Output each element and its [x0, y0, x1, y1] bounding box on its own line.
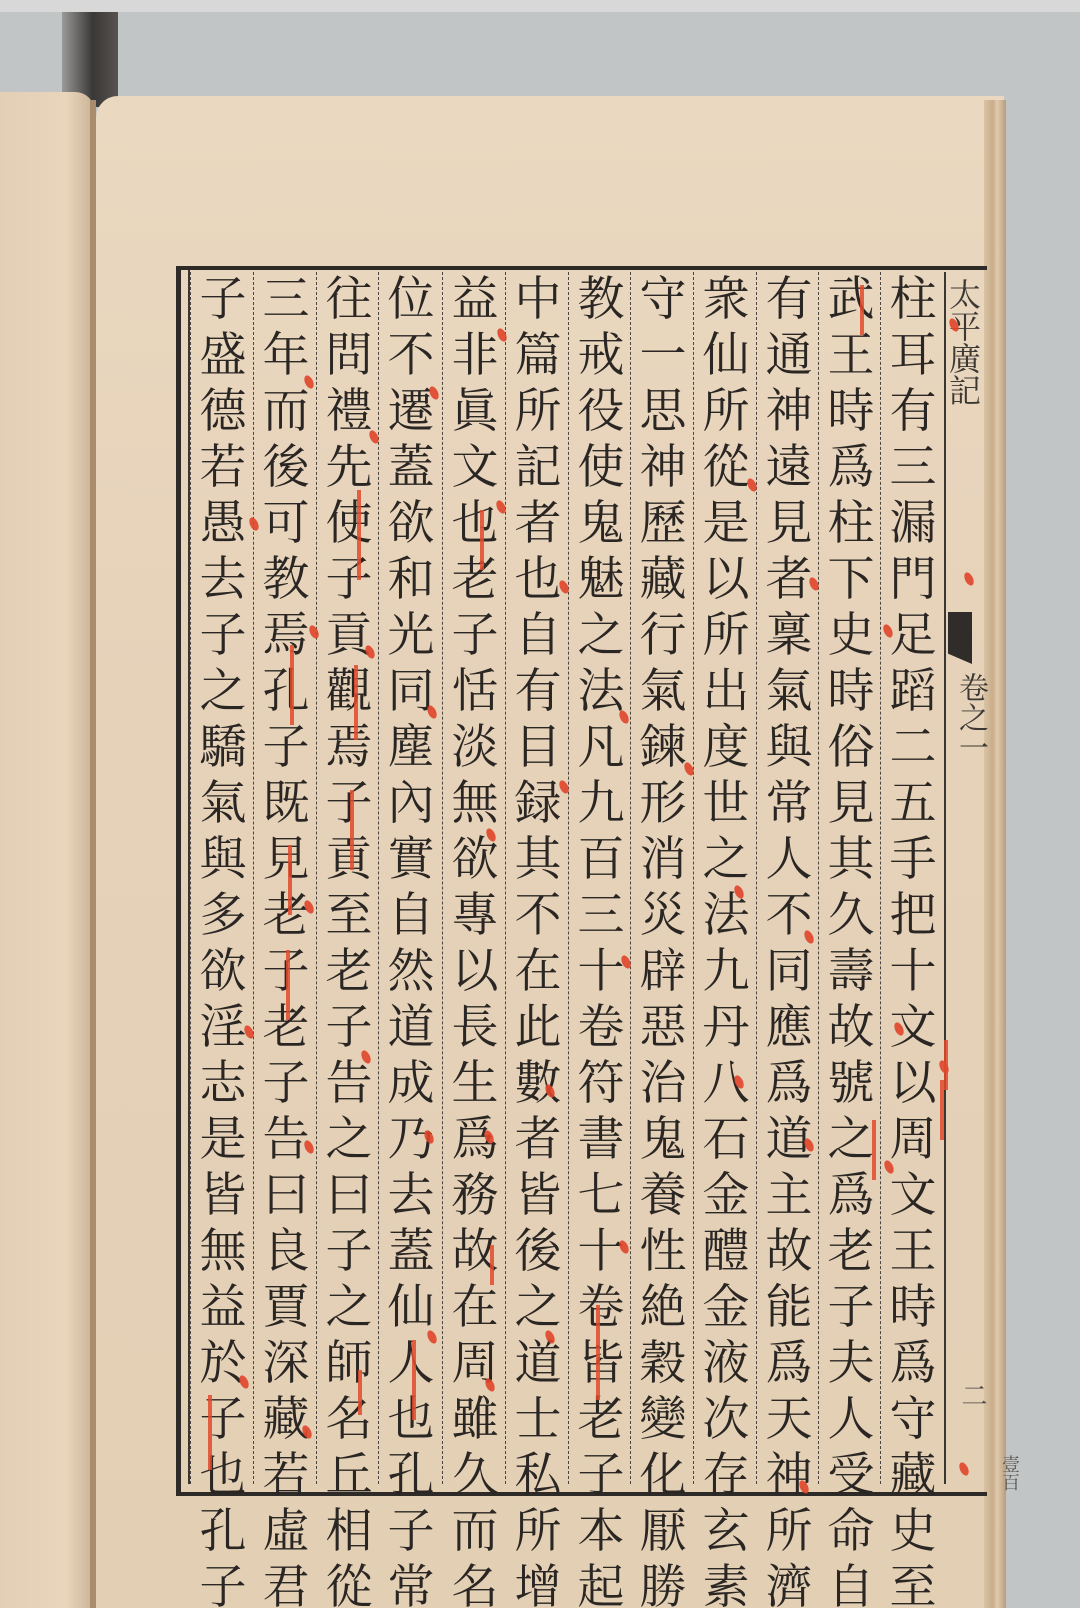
character: 位: [388, 272, 435, 328]
character: 門: [890, 552, 937, 608]
character: 書: [578, 1112, 625, 1168]
character: 度: [703, 720, 750, 776]
character: 化: [640, 1448, 687, 1504]
character: 德: [200, 384, 247, 440]
character: 遷: [388, 384, 435, 440]
character: 常: [388, 1560, 435, 1608]
character: 時: [828, 664, 875, 720]
character: 把: [890, 888, 937, 944]
character: 神: [766, 384, 813, 440]
character: 丘: [326, 1448, 373, 1504]
character: 益: [452, 272, 499, 328]
character: 與: [200, 832, 247, 888]
character: 師: [326, 1336, 373, 1392]
character: 役: [578, 384, 625, 440]
character: 盛: [200, 328, 247, 384]
character: 爲: [828, 440, 875, 496]
character: 厭: [640, 1504, 687, 1560]
character: 後: [515, 1224, 562, 1280]
character: 爲: [766, 1056, 813, 1112]
character: 子: [326, 776, 373, 832]
character: 史: [890, 1504, 937, 1560]
character: 九: [578, 776, 625, 832]
character: 蹈: [890, 664, 937, 720]
text-column-5: 守一思神歷藏行氣鍊形消災辟惡治鬼養性絶穀變化厭勝: [630, 272, 695, 1484]
character: 災: [640, 888, 687, 944]
character: 之: [828, 1112, 875, 1168]
character: 曰: [326, 1168, 373, 1224]
character: 鬼: [578, 496, 625, 552]
character: 老: [452, 552, 499, 608]
character: 之: [326, 1112, 373, 1168]
character: 時: [890, 1280, 937, 1336]
character: 告: [263, 1112, 310, 1168]
character: 焉: [326, 720, 373, 776]
character: 也: [515, 552, 562, 608]
character: 曰: [263, 1168, 310, 1224]
character: 子: [200, 1560, 247, 1608]
character: 柱: [890, 272, 937, 328]
character: 天: [766, 1392, 813, 1448]
character: 所: [703, 384, 750, 440]
character: 金: [703, 1168, 750, 1224]
character: 內: [388, 776, 435, 832]
character: 者: [515, 1112, 562, 1168]
character: 九: [703, 944, 750, 1000]
character: 不: [388, 328, 435, 384]
character: 至: [890, 1560, 937, 1608]
character: 行: [640, 608, 687, 664]
red-name-line: [208, 1395, 212, 1470]
character: 益: [200, 1280, 247, 1336]
character: 篇: [515, 328, 562, 384]
text-column-10: 往問禮先使子貢觀焉子貢至老子告之曰子之師名丘相從: [316, 272, 381, 1484]
character: 賈: [263, 1280, 310, 1336]
character: 往: [326, 272, 373, 328]
character: 去: [388, 1168, 435, 1224]
text-column-9: 位不遷蓋欲和光同塵內實自然道成乃去蓋仙人也孔子常: [378, 272, 443, 1484]
character: 以: [703, 552, 750, 608]
character: 使: [578, 440, 625, 496]
character: 也: [388, 1392, 435, 1448]
character: 變: [640, 1392, 687, 1448]
character: 是: [200, 1112, 247, 1168]
character: 史: [828, 608, 875, 664]
character: 以: [452, 944, 499, 1000]
character: 先: [326, 440, 373, 496]
character: 石: [703, 1112, 750, 1168]
character: 五: [890, 776, 937, 832]
red-name-line: [596, 1305, 600, 1400]
character: 主: [766, 1168, 813, 1224]
character: 濟: [766, 1560, 813, 1608]
character: 所: [766, 1504, 813, 1560]
character: 人: [766, 832, 813, 888]
character: 子: [452, 608, 499, 664]
character: 久: [452, 1448, 499, 1504]
character: 十: [890, 944, 937, 1000]
character: 子: [200, 608, 247, 664]
character: 十: [578, 944, 625, 1000]
character: 有: [766, 272, 813, 328]
red-name-line: [354, 665, 358, 740]
character: 符: [578, 1056, 625, 1112]
red-bracket-mark: [490, 1245, 494, 1285]
red-name-line: [288, 845, 292, 915]
character: 其: [828, 832, 875, 888]
character: 有: [890, 384, 937, 440]
character: 皆: [578, 1336, 625, 1392]
character: 下: [828, 552, 875, 608]
character: 爲: [890, 1336, 937, 1392]
character: 無: [200, 1224, 247, 1280]
character: 貢: [326, 608, 373, 664]
character: 辟: [640, 944, 687, 1000]
character: 出: [703, 664, 750, 720]
character: 目: [515, 720, 562, 776]
character: 受: [828, 1448, 875, 1504]
character: 記: [515, 440, 562, 496]
book-title: 太平廣記: [952, 278, 982, 406]
character: 見: [263, 832, 310, 888]
character: 與: [766, 720, 813, 776]
character: 恬: [452, 664, 499, 720]
character: 守: [640, 272, 687, 328]
character: 雖: [452, 1392, 499, 1448]
character: 歷: [640, 496, 687, 552]
character: 本: [578, 1504, 625, 1560]
character: 之: [515, 1280, 562, 1336]
text-column-8: 益非眞文也老子恬淡無欲專以長生爲務故在周雖久而名: [442, 272, 507, 1484]
character: 漏: [890, 496, 937, 552]
character: 既: [263, 776, 310, 832]
character: 應: [766, 1000, 813, 1056]
page-number: 二: [954, 1382, 991, 1408]
character: 老: [263, 888, 310, 944]
character: 然: [388, 944, 435, 1000]
character: 長: [452, 1000, 499, 1056]
character: 法: [578, 664, 625, 720]
character: 足: [890, 608, 937, 664]
character: 久: [828, 888, 875, 944]
character: 神: [766, 1448, 813, 1504]
character: 皆: [515, 1168, 562, 1224]
character: 觀: [326, 664, 373, 720]
character: 爲: [766, 1336, 813, 1392]
character: 常: [766, 776, 813, 832]
character: 自: [388, 888, 435, 944]
character: 故: [828, 1000, 875, 1056]
red-bracket-mark: [944, 1040, 948, 1090]
character: 眞: [452, 384, 499, 440]
character: 者: [515, 496, 562, 552]
red-name-line: [940, 1080, 944, 1140]
character: 也: [200, 1448, 247, 1504]
character: 丹: [703, 1000, 750, 1056]
character: 卷: [578, 1280, 625, 1336]
character: 氣: [640, 664, 687, 720]
character: 蓋: [388, 440, 435, 496]
character: 子: [828, 1280, 875, 1336]
character: 時: [828, 384, 875, 440]
top-strip: [0, 0, 1080, 12]
character: 十: [578, 1224, 625, 1280]
character: 若: [200, 440, 247, 496]
character: 勝: [640, 1560, 687, 1608]
character: 見: [766, 496, 813, 552]
character: 問: [326, 328, 373, 384]
character: 神: [640, 440, 687, 496]
character: 人: [388, 1336, 435, 1392]
character: 王: [828, 328, 875, 384]
red-name-line: [286, 950, 290, 1020]
character: 手: [890, 832, 937, 888]
character: 之: [326, 1280, 373, 1336]
text-column-7: 中篇所記者也自有目録其不在此數者皆後之道士私所增: [505, 272, 570, 1484]
character: 教: [578, 272, 625, 328]
character: 液: [703, 1336, 750, 1392]
character: 私: [515, 1448, 562, 1504]
character: 形: [640, 776, 687, 832]
character: 文: [452, 440, 499, 496]
character: 道: [515, 1336, 562, 1392]
character: 魅: [578, 552, 625, 608]
character: 故: [766, 1224, 813, 1280]
text-column-6: 教戒役使鬼魅之法凡九百三十卷符書七十卷皆老子本起: [568, 272, 633, 1484]
character: 藏: [890, 1448, 937, 1504]
block-heart-margin: 太平廣記 卷之一 二: [944, 272, 984, 1484]
character: 孔: [263, 664, 310, 720]
character: 後: [263, 440, 310, 496]
character: 實: [388, 832, 435, 888]
character: 之: [200, 664, 247, 720]
character: 柱: [828, 496, 875, 552]
red-name-line: [412, 1340, 416, 1420]
text-column-2: 武王時爲柱下史時俗見其久壽故號之爲老子夫人受命自: [818, 272, 883, 1484]
character: 告: [326, 1056, 373, 1112]
red-name-line: [357, 490, 361, 580]
character: 志: [200, 1056, 247, 1112]
character: 能: [766, 1280, 813, 1336]
character: 多: [200, 888, 247, 944]
character: 仙: [703, 328, 750, 384]
character: 三: [578, 888, 625, 944]
character: 穀: [640, 1336, 687, 1392]
character: 王: [890, 1224, 937, 1280]
character: 號: [828, 1056, 875, 1112]
character: 卷: [578, 1000, 625, 1056]
character: 此: [515, 1000, 562, 1056]
character: 録: [515, 776, 562, 832]
character: 氣: [200, 776, 247, 832]
character: 也: [452, 496, 499, 552]
character: 仙: [388, 1280, 435, 1336]
character: 欲: [388, 496, 435, 552]
fish-tail-mark-icon: [948, 612, 972, 664]
character: 良: [263, 1224, 310, 1280]
text-column-11: 三年而後可教焉孔子既見老子老子告曰良賈深藏若虛君: [253, 272, 318, 1484]
character: 起: [578, 1560, 625, 1608]
character: 子: [578, 1448, 625, 1504]
character: 蓋: [388, 1224, 435, 1280]
character: 子: [263, 720, 310, 776]
character: 深: [263, 1336, 310, 1392]
character: 凡: [578, 720, 625, 776]
character: 子: [263, 1056, 310, 1112]
character: 三: [890, 440, 937, 496]
character: 名: [326, 1392, 373, 1448]
character: 鍊: [640, 720, 687, 776]
character: 治: [640, 1056, 687, 1112]
character: 年: [263, 328, 310, 384]
character: 人: [828, 1392, 875, 1448]
red-name-line: [480, 510, 484, 570]
left-page: [0, 92, 95, 1608]
character: 稟: [766, 608, 813, 664]
character: 數: [515, 1056, 562, 1112]
red-name-line: [872, 1120, 876, 1180]
character: 之: [703, 832, 750, 888]
character: 子: [200, 272, 247, 328]
character: 光: [388, 608, 435, 664]
character: 之: [578, 608, 625, 664]
character: 絶: [640, 1280, 687, 1336]
character: 無: [452, 776, 499, 832]
character: 戒: [578, 328, 625, 384]
character: 禮: [326, 384, 373, 440]
character: 從: [703, 440, 750, 496]
character: 塵: [388, 720, 435, 776]
character: 君: [263, 1560, 310, 1608]
red-name-line: [358, 1370, 362, 1415]
character: 自: [515, 608, 562, 664]
character: 名: [452, 1560, 499, 1608]
character: 淫: [200, 1000, 247, 1056]
character: 性: [640, 1224, 687, 1280]
character: 驕: [200, 720, 247, 776]
character: 夫: [828, 1336, 875, 1392]
character: 子: [326, 1224, 373, 1280]
character: 者: [766, 552, 813, 608]
character-count: 壹百: [996, 1455, 1022, 1491]
character: 百: [578, 832, 625, 888]
character: 而: [452, 1504, 499, 1560]
text-column-1: 柱耳有三漏門足蹈二五手把十文以周文王時爲守藏史至: [880, 272, 945, 1484]
character: 焉: [263, 608, 310, 664]
character: 遠: [766, 440, 813, 496]
character: 思: [640, 384, 687, 440]
character: 一: [640, 328, 687, 384]
character: 中: [515, 272, 562, 328]
character: 養: [640, 1168, 687, 1224]
character: 士: [515, 1392, 562, 1448]
character: 淡: [452, 720, 499, 776]
character: 老: [828, 1224, 875, 1280]
character: 是: [703, 496, 750, 552]
character: 教: [263, 552, 310, 608]
character: 去: [200, 552, 247, 608]
character: 見: [828, 776, 875, 832]
character: 有: [515, 664, 562, 720]
text-column-12: 子盛德若愚去子之驕氣與多欲淫志是皆無益於子也孔子: [190, 272, 255, 1484]
character: 耳: [890, 328, 937, 384]
character: 所: [515, 384, 562, 440]
character: 愚: [200, 496, 247, 552]
character: 爲: [828, 1168, 875, 1224]
character: 使: [326, 496, 373, 552]
character: 惡: [640, 1000, 687, 1056]
character: 欲: [200, 944, 247, 1000]
red-name-line: [350, 790, 354, 870]
character: 同: [766, 944, 813, 1000]
text-column-4: 衆仙所從是以所出度世之法九丹八石金醴金液次存玄素: [693, 272, 758, 1484]
character: 衆: [703, 272, 750, 328]
character: 藏: [640, 552, 687, 608]
character: 七: [578, 1168, 625, 1224]
character: 醴: [703, 1224, 750, 1280]
character: 二: [890, 720, 937, 776]
character: 所: [703, 608, 750, 664]
character: 周: [890, 1112, 937, 1168]
character: 素: [703, 1560, 750, 1608]
character: 子: [326, 1000, 373, 1056]
character: 若: [263, 1448, 310, 1504]
character: 老: [326, 944, 373, 1000]
character: 至: [326, 888, 373, 944]
character: 世: [703, 776, 750, 832]
volume-label: 卷之一: [952, 672, 988, 762]
character: 成: [388, 1056, 435, 1112]
character: 專: [452, 888, 499, 944]
character: 生: [452, 1056, 499, 1112]
character: 孔: [200, 1504, 247, 1560]
character: 道: [388, 1000, 435, 1056]
character: 相: [326, 1504, 373, 1560]
character: 三: [263, 272, 310, 328]
character: 自: [828, 1560, 875, 1608]
character: 存: [703, 1448, 750, 1504]
character: 鬼: [640, 1112, 687, 1168]
character: 武: [828, 272, 875, 328]
character: 壽: [828, 944, 875, 1000]
character: 通: [766, 328, 813, 384]
character: 金: [703, 1280, 750, 1336]
red-name-line: [860, 285, 864, 335]
character: 務: [452, 1168, 499, 1224]
character: 孔: [388, 1448, 435, 1504]
character: 增: [515, 1560, 562, 1608]
character: 從: [326, 1560, 373, 1608]
character: 子: [200, 1392, 247, 1448]
character: 玄: [703, 1504, 750, 1560]
character: 子: [326, 552, 373, 608]
character: 老: [578, 1392, 625, 1448]
character: 以: [890, 1056, 937, 1112]
character: 次: [703, 1392, 750, 1448]
character: 所: [515, 1504, 562, 1560]
character: 文: [890, 1168, 937, 1224]
character: 不: [515, 888, 562, 944]
character: 虛: [263, 1504, 310, 1560]
character: 俗: [828, 720, 875, 776]
character: 可: [263, 496, 310, 552]
character: 在: [452, 1280, 499, 1336]
character: 在: [515, 944, 562, 1000]
character: 皆: [200, 1168, 247, 1224]
character: 其: [515, 832, 562, 888]
character: 和: [388, 552, 435, 608]
red-name-line: [290, 645, 294, 725]
